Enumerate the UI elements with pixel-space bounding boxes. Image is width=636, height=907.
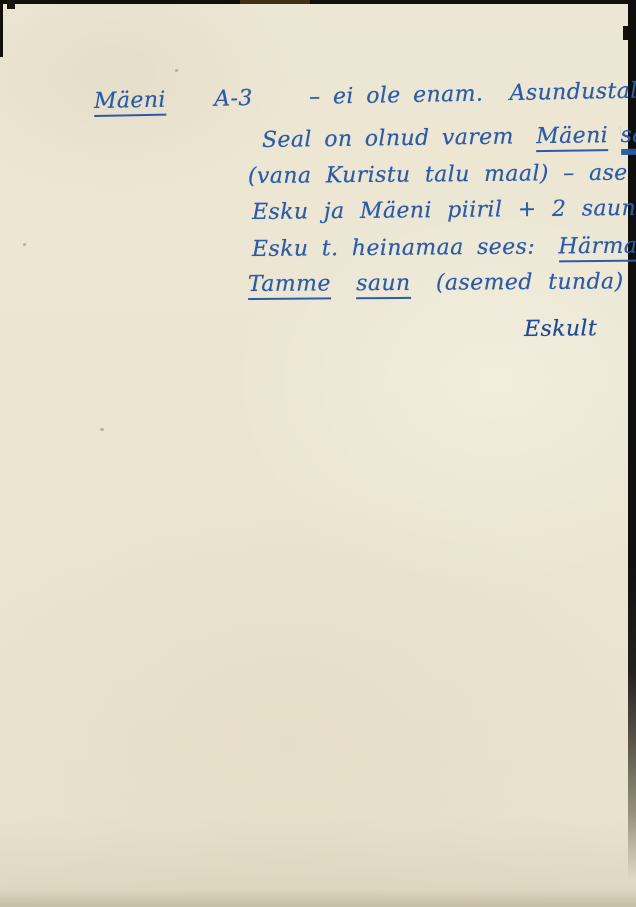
handwritten-line-3: (vana Kuristu talu maal) – ase on bbox=[248, 159, 636, 191]
handwritten-line-2: Seal on olnud varem Mäeni saun bbox=[262, 121, 636, 155]
handwritten-line-1: Mäeni A-3 – ei ole enam. Asundustalu. bbox=[94, 77, 636, 116]
phrase-esku-piiril: Esku ja Mäeni piiril + 2 sauna bbox=[252, 196, 636, 225]
scan-edge-left bbox=[0, 0, 3, 57]
signature-eskult: Eskult bbox=[524, 315, 597, 344]
phrase-vana-kuristu: (vana Kuristu talu maal) – ase on bbox=[248, 160, 636, 189]
scan-edge-right-notch bbox=[623, 26, 628, 40]
scanned-page: Mäeni A-3 – ei ole enam. Asundustalu. Se… bbox=[0, 0, 636, 907]
scan-edge-notch bbox=[7, 0, 15, 9]
handwritten-line-4: Esku ja Mäeni piiril + 2 sauna bbox=[252, 195, 636, 227]
word-tamme: Tamme bbox=[248, 271, 331, 300]
handwritten-line-5: Esku t. heinamaa sees: Härma ja bbox=[252, 232, 636, 264]
scan-edge-top bbox=[0, 0, 636, 4]
phrase-seal-on-olnud-varem: Seal on olnud varem bbox=[262, 124, 514, 153]
word-maeni: Mäeni bbox=[536, 123, 608, 152]
word-harma: Härma bbox=[558, 234, 636, 263]
word-eskult: Eskult bbox=[524, 316, 597, 342]
phrase-asemed-tunda: (asemed tunda) bbox=[436, 269, 624, 295]
paper-speck bbox=[175, 69, 178, 72]
word-plot-number: A-3 bbox=[214, 86, 253, 112]
word-asundustalu: Asundustalu. bbox=[509, 78, 636, 106]
word-maeni: Mäeni bbox=[94, 88, 166, 117]
scan-edge-top-tint bbox=[240, 0, 310, 4]
word-saun: saun bbox=[356, 271, 411, 299]
phrase-esku-heinamaa: Esku t. heinamaa sees: bbox=[252, 235, 535, 262]
paper-speck bbox=[23, 243, 26, 246]
paper-speck bbox=[100, 428, 104, 431]
word-saun: saun bbox=[620, 122, 636, 151]
phrase-ei-ole-enam: – ei ole enam. bbox=[309, 82, 484, 110]
handwritten-line-6: Tamme saun (asemed tunda) bbox=[248, 268, 624, 299]
